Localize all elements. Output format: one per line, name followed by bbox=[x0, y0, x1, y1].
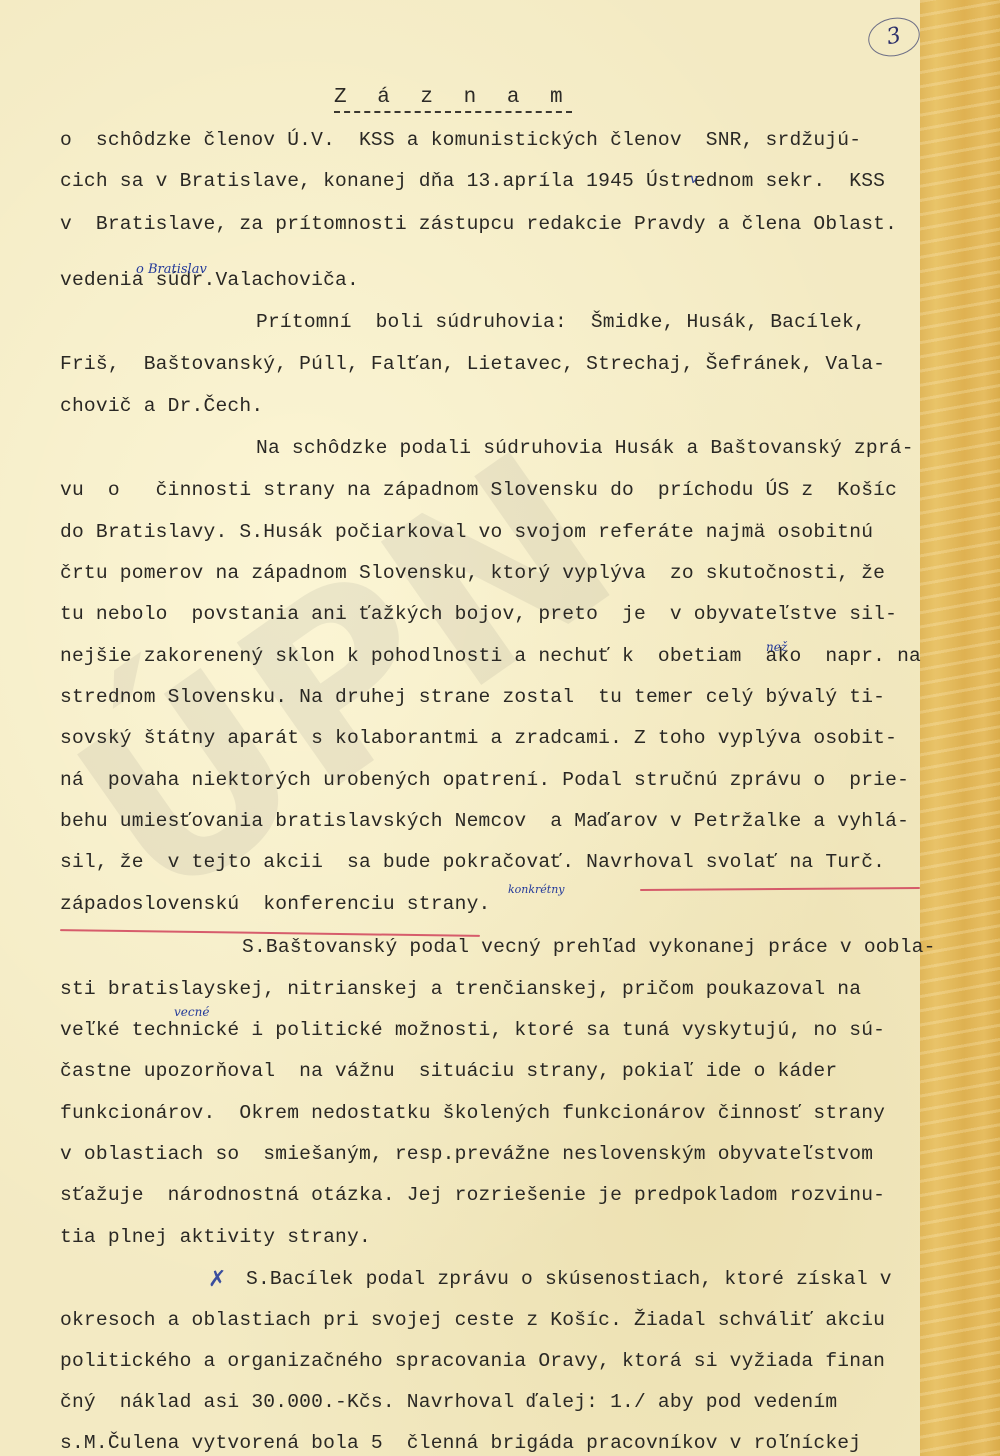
text-line: chovič a Dr.Čech. bbox=[60, 395, 263, 417]
text-line: čný náklad asi 30.000.-Kčs. Navrhoval ďa… bbox=[60, 1391, 837, 1413]
text-line: veľké technické i politické možnosti, kt… bbox=[60, 1019, 885, 1041]
handwritten-nez: než bbox=[766, 640, 787, 654]
text-line: tia plnej aktivity strany. bbox=[60, 1226, 371, 1248]
handwritten-vecne: vecné bbox=[174, 1005, 209, 1019]
handwritten-konkretny: konkrétny bbox=[508, 883, 565, 896]
text-line: sovský štátny aparát s kolaborantmi a zr… bbox=[60, 727, 897, 749]
text-line: funkcionárov. Okrem nedostatku školených… bbox=[60, 1102, 885, 1124]
text-line: o schôdzke členov Ú.V. KSS a komunistick… bbox=[60, 129, 861, 151]
handwritten-v: v bbox=[690, 172, 697, 187]
text-line: Prítomní boli súdruhovia: Šmidke, Husák,… bbox=[256, 311, 866, 333]
text-line: Na schôdzke podali súdruhovia Husák a Ba… bbox=[256, 437, 914, 459]
text-line: S.Baštovanský podal vecný prehľad vykona… bbox=[242, 936, 936, 958]
tape-strip bbox=[920, 0, 1000, 1456]
text-line: do Bratislavy. S.Husák počiarkoval vo sv… bbox=[60, 521, 873, 543]
red-underline bbox=[640, 887, 920, 891]
text-line: v oblastiach so smiešaným, resp.prevážne… bbox=[60, 1143, 873, 1165]
text-line: črtu pomerov na západnom Slovensku, ktor… bbox=[60, 562, 885, 584]
document-page: ÚPN 3 Z á z n a m o schôdzke členov Ú.V.… bbox=[0, 0, 1000, 1456]
text-line: S.Bacílek podal zprávu o skúsenostiach, … bbox=[246, 1268, 892, 1290]
text-line: Friš, Baštovanský, Púll, Falťan, Lietave… bbox=[60, 353, 885, 375]
text-line: sťažuje národnostná otázka. Jej rozrieše… bbox=[60, 1184, 885, 1206]
text-line: strednom Slovensku. Na druhej strane zos… bbox=[60, 686, 885, 708]
text-line: ná povaha niektorých urobených opatrení.… bbox=[60, 769, 909, 791]
text-line: cich sa v Bratislave, konanej dňa 13.apr… bbox=[60, 170, 885, 192]
handwritten-o-bratislav: o Bratislav bbox=[136, 262, 207, 277]
cross-mark-icon: ✗ bbox=[208, 1267, 226, 1292]
text-line: tu nebolo povstania ani ťažkých bojov, p… bbox=[60, 603, 897, 625]
text-line: okresoch a oblastiach pri svojej ceste z… bbox=[60, 1309, 885, 1331]
text-line: vu o činnosti strany na západnom Slovens… bbox=[60, 479, 897, 501]
text-line: západoslovenskú konferenciu strany. bbox=[60, 893, 491, 915]
text-line: v Bratislave, za prítomnosti zástupcu re… bbox=[60, 213, 897, 235]
text-line: s.M.Čulena vytvorená bola 5 členná brigá… bbox=[60, 1432, 861, 1454]
text-line: sti bratislayskej, nitrianskej a trenčia… bbox=[60, 978, 861, 1000]
text-line: častne upozorňoval na vážnu situáciu str… bbox=[60, 1060, 837, 1082]
text-line: vedenia súdr.Valachoviča. bbox=[60, 269, 359, 291]
page-number: 3 bbox=[865, 13, 924, 61]
text-line: politického a organizačného spracovania … bbox=[60, 1350, 885, 1372]
text-line: sil, že v tejto akcii sa bude pokračovať… bbox=[60, 851, 885, 873]
text-line: nejšie zakorenený sklon k pohodlnosti a … bbox=[60, 645, 921, 667]
text-line: behu umiesťovania bratislavských Nemcov … bbox=[60, 810, 909, 832]
document-title: Z á z n a m bbox=[334, 86, 572, 113]
